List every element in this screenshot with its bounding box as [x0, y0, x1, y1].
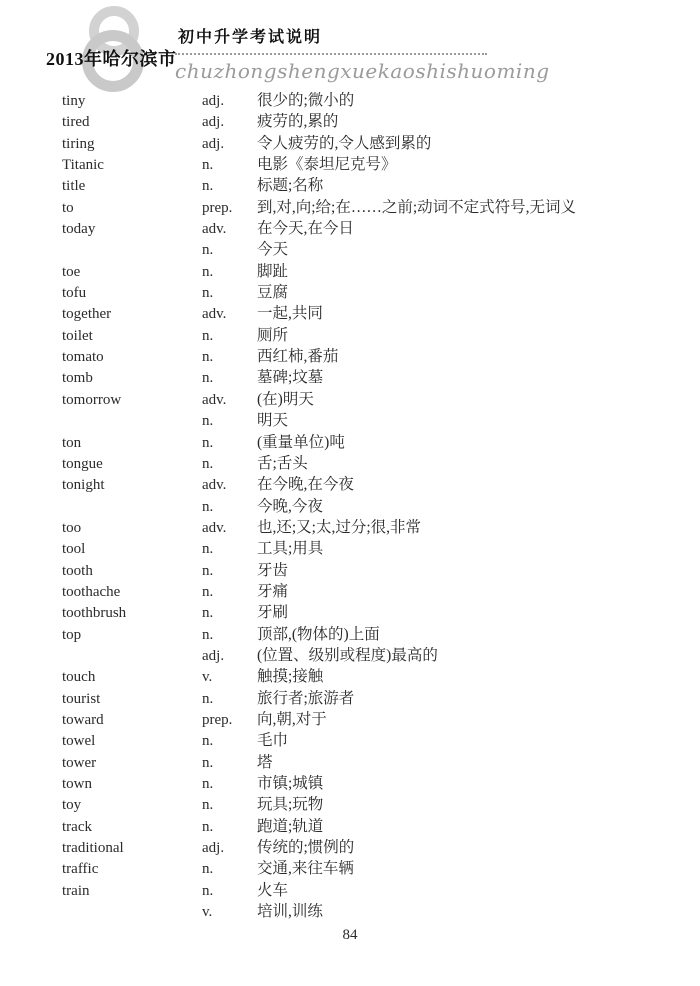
definition-chinese: 交通,来往车辆 — [257, 858, 700, 879]
word-english: touch — [0, 667, 202, 688]
definition-chinese: (位置、级别或程度)最高的 — [257, 645, 700, 666]
pinyin-subtitle: chuzhongshengxuekaoshishuoming — [175, 55, 487, 83]
definition-chinese: 牙刷 — [257, 602, 700, 623]
edition-label: 2013年哈尔滨市 — [46, 45, 177, 71]
definition-chinese: 市镇;城镇 — [257, 773, 700, 794]
word-english: tomb — [0, 368, 202, 389]
definition-chinese: 一起,共同 — [257, 303, 700, 324]
word-english: tomato — [0, 347, 202, 368]
vocab-row: toweln.毛巾 — [0, 730, 700, 751]
part-of-speech: adj. — [202, 134, 257, 155]
definition-chinese: 在今晚,在今夜 — [257, 474, 700, 495]
vocab-row: tofun.豆腐 — [0, 282, 700, 303]
word-english: toward — [0, 710, 202, 731]
definition-chinese: 向,朝,对于 — [257, 709, 700, 730]
vocab-row: toen.脚趾 — [0, 261, 700, 282]
part-of-speech: n. — [202, 240, 257, 261]
part-of-speech: n. — [202, 347, 257, 368]
vocab-row: towern.塔 — [0, 752, 700, 773]
definition-chinese: 旅行者;旅游者 — [257, 688, 700, 709]
word-english: together — [0, 304, 202, 325]
part-of-speech: adv. — [202, 475, 257, 496]
part-of-speech: n. — [202, 454, 257, 475]
word-english: tonight — [0, 475, 202, 496]
vocab-row: townn.市镇;城镇 — [0, 773, 700, 794]
word-english: tool — [0, 539, 202, 560]
part-of-speech: n. — [202, 411, 257, 432]
part-of-speech: n. — [202, 539, 257, 560]
vocab-row: tomaton.西红柿,番茄 — [0, 346, 700, 367]
vocab-row: togetheradv.一起,共同 — [0, 303, 700, 324]
part-of-speech: n. — [202, 859, 257, 880]
part-of-speech: adj. — [202, 838, 257, 859]
part-of-speech: adv. — [202, 304, 257, 325]
vocab-row: n.今天 — [0, 239, 700, 260]
part-of-speech: n. — [202, 262, 257, 283]
word-english: tiny — [0, 91, 202, 112]
definition-chinese: 跑道;轨道 — [257, 816, 700, 837]
part-of-speech: prep. — [202, 710, 257, 731]
definition-chinese: 厕所 — [257, 325, 700, 346]
vocab-row: tonn.(重量单位)吨 — [0, 432, 700, 453]
part-of-speech: n. — [202, 731, 257, 752]
word-english: tofu — [0, 283, 202, 304]
vocab-row: tonguen.舌;舌头 — [0, 453, 700, 474]
part-of-speech: n. — [202, 433, 257, 454]
definition-chinese: 西红柿,番茄 — [257, 346, 700, 367]
definition-chinese: 牙齿 — [257, 560, 700, 581]
vocab-row: toothbrushn.牙刷 — [0, 602, 700, 623]
definition-chinese: 今晚,今夜 — [257, 496, 700, 517]
part-of-speech: n. — [202, 283, 257, 304]
word-english: toy — [0, 795, 202, 816]
vocab-row: towardprep.向,朝,对于 — [0, 709, 700, 730]
vocab-row: tonightadv.在今晚,在今夜 — [0, 474, 700, 495]
part-of-speech: adv. — [202, 219, 257, 240]
definition-chinese: 豆腐 — [257, 282, 700, 303]
page-header: 2013年哈尔滨市 初中升学考试说明 chuzhongshengxuekaosh… — [0, 0, 700, 88]
definition-chinese: 传统的;惯例的 — [257, 837, 700, 858]
vocab-row: tiredadj.疲劳的,累的 — [0, 111, 700, 132]
definition-chinese: 今天 — [257, 239, 700, 260]
definition-chinese: 塔 — [257, 752, 700, 773]
header-title-block: 初中升学考试说明 chuzhongshengxuekaoshishuoming — [175, 24, 487, 83]
page-number: 84 — [0, 927, 700, 944]
definition-chinese: 标题;名称 — [257, 175, 700, 196]
word-english: traffic — [0, 859, 202, 880]
vocab-list: tinyadj.很少的;微小的tiredadj.疲劳的,累的tiringadj.… — [0, 90, 700, 922]
part-of-speech: n. — [202, 774, 257, 795]
part-of-speech: n. — [202, 795, 257, 816]
part-of-speech: n. — [202, 881, 257, 902]
part-of-speech: v. — [202, 902, 257, 923]
definition-chinese: 很少的;微小的 — [257, 90, 700, 111]
word-english: toilet — [0, 326, 202, 347]
definition-chinese: 在今天,在今日 — [257, 218, 700, 239]
vocab-row: n.今晚,今夜 — [0, 496, 700, 517]
word-english: tower — [0, 753, 202, 774]
vocab-row: trainn.火车 — [0, 880, 700, 901]
word-english: towel — [0, 731, 202, 752]
part-of-speech: n. — [202, 176, 257, 197]
word-english: town — [0, 774, 202, 795]
document-page: 2013年哈尔滨市 初中升学考试说明 chuzhongshengxuekaosh… — [0, 0, 700, 986]
vocab-row: todayadv.在今天,在今日 — [0, 218, 700, 239]
definition-chinese: 令人疲劳的,令人感到累的 — [257, 133, 700, 154]
vocab-row: tombn.墓碑;坟墓 — [0, 367, 700, 388]
part-of-speech: n. — [202, 326, 257, 347]
vocab-row: tiringadj.令人疲劳的,令人感到累的 — [0, 133, 700, 154]
vocab-row: tomorrowadv.(在)明天 — [0, 389, 700, 410]
part-of-speech: n. — [202, 625, 257, 646]
definition-chinese: 牙痛 — [257, 581, 700, 602]
part-of-speech: n. — [202, 689, 257, 710]
part-of-speech: adv. — [202, 390, 257, 411]
part-of-speech: n. — [202, 497, 257, 518]
definition-chinese: 毛巾 — [257, 730, 700, 751]
word-english: Titanic — [0, 155, 202, 176]
part-of-speech: v. — [202, 667, 257, 688]
word-english: tooth — [0, 561, 202, 582]
vocab-row: tooln.工具;用具 — [0, 538, 700, 559]
vocab-row: toothn.牙齿 — [0, 560, 700, 581]
vocab-row: toyn.玩具;玩物 — [0, 794, 700, 815]
word-english: tired — [0, 112, 202, 133]
vocab-row: touchv.触摸;接触 — [0, 666, 700, 687]
word-english: train — [0, 881, 202, 902]
definition-chinese: 舌;舌头 — [257, 453, 700, 474]
part-of-speech: n. — [202, 561, 257, 582]
vocab-row: toothachen.牙痛 — [0, 581, 700, 602]
definition-chinese: 火车 — [257, 880, 700, 901]
vocab-row: topn.顶部,(物体的)上面 — [0, 624, 700, 645]
part-of-speech: n. — [202, 817, 257, 838]
vocab-row: toiletn.厕所 — [0, 325, 700, 346]
part-of-speech: n. — [202, 368, 257, 389]
vocab-row: Titanicn.电影《泰坦尼克号》 — [0, 154, 700, 175]
vocab-row: trackn.跑道;轨道 — [0, 816, 700, 837]
word-english: tomorrow — [0, 390, 202, 411]
word-english: ton — [0, 433, 202, 454]
part-of-speech: n. — [202, 155, 257, 176]
word-english: today — [0, 219, 202, 240]
part-of-speech: prep. — [202, 198, 257, 219]
vocab-row: v.培训,训练 — [0, 901, 700, 922]
word-english: toe — [0, 262, 202, 283]
word-english: too — [0, 518, 202, 539]
vocab-row: trafficn.交通,来往车辆 — [0, 858, 700, 879]
word-english: traditional — [0, 838, 202, 859]
definition-chinese: 脚趾 — [257, 261, 700, 282]
word-english: toothbrush — [0, 603, 202, 624]
vocab-row: touristn.旅行者;旅游者 — [0, 688, 700, 709]
part-of-speech: adv. — [202, 518, 257, 539]
vocab-row: titlen.标题;名称 — [0, 175, 700, 196]
part-of-speech: adj. — [202, 112, 257, 133]
word-english: track — [0, 817, 202, 838]
part-of-speech: adj. — [202, 646, 257, 667]
definition-chinese: 玩具;玩物 — [257, 794, 700, 815]
vocab-row: tooadv.也,还;又;太,过分;很,非常 — [0, 517, 700, 538]
definition-chinese: 也,还;又;太,过分;很,非常 — [257, 517, 700, 538]
definition-chinese: 电影《泰坦尼克号》 — [257, 154, 700, 175]
page-title: 初中升学考试说明 — [175, 24, 487, 53]
part-of-speech: n. — [202, 753, 257, 774]
word-english: tiring — [0, 134, 202, 155]
vocab-row: toprep.到,对,向;给;在……之前;动词不定式符号,无词义 — [0, 197, 700, 218]
word-english: to — [0, 198, 202, 219]
word-english: toothache — [0, 582, 202, 603]
definition-chinese: 疲劳的,累的 — [257, 111, 700, 132]
vocab-row: traditionaladj.传统的;惯例的 — [0, 837, 700, 858]
definition-chinese: 明天 — [257, 410, 700, 431]
part-of-speech: n. — [202, 582, 257, 603]
definition-chinese: 工具;用具 — [257, 538, 700, 559]
definition-chinese: 到,对,向;给;在……之前;动词不定式符号,无词义 — [257, 197, 700, 218]
part-of-speech: adj. — [202, 91, 257, 112]
part-of-speech: n. — [202, 603, 257, 624]
vocab-row: tinyadj.很少的;微小的 — [0, 90, 700, 111]
word-english: tourist — [0, 689, 202, 710]
vocab-row: n.明天 — [0, 410, 700, 431]
definition-chinese: 顶部,(物体的)上面 — [257, 624, 700, 645]
definition-chinese: (重量单位)吨 — [257, 432, 700, 453]
word-english: tongue — [0, 454, 202, 475]
definition-chinese: 培训,训练 — [257, 901, 700, 922]
word-english: title — [0, 176, 202, 197]
definition-chinese: 墓碑;坟墓 — [257, 367, 700, 388]
word-english: top — [0, 625, 202, 646]
vocab-row: adj.(位置、级别或程度)最高的 — [0, 645, 700, 666]
definition-chinese: (在)明天 — [257, 389, 700, 410]
definition-chinese: 触摸;接触 — [257, 666, 700, 687]
